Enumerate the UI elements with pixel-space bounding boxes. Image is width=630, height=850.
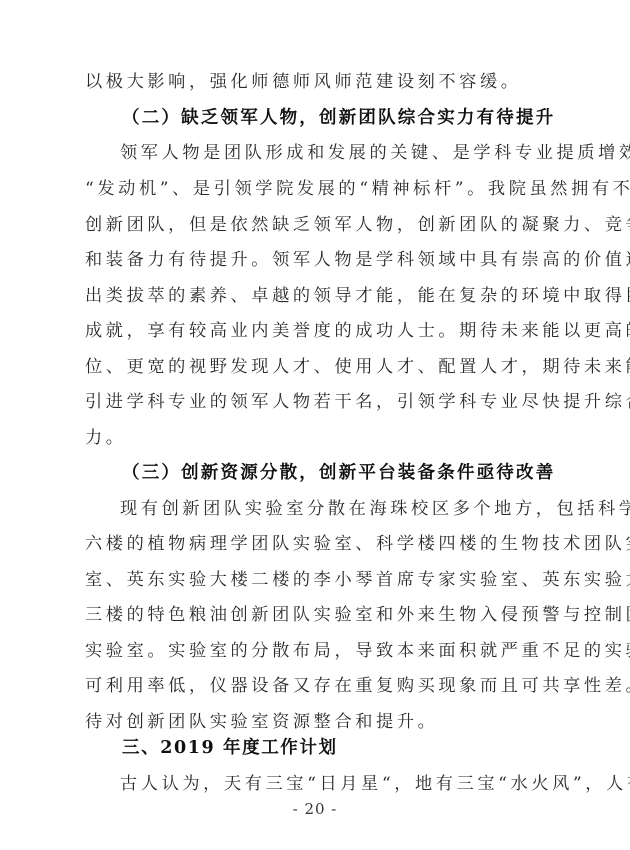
- paragraph-line: 现有创新团队实验室分散在海珠校区多个地方，包括科学楼: [120, 496, 585, 522]
- paragraph-line: 出类拔萃的素养、卓越的领导才能，能在复杂的环境中取得巨大: [85, 283, 585, 309]
- paragraph-line: 六楼的植物病理学团队实验室、科学楼四楼的生物技术团队实验: [85, 531, 585, 557]
- paragraph-line: 室、英东实验大楼二楼的李小琴首席专家实验室、英东实验大楼: [85, 567, 585, 593]
- page-number: - 20 -: [0, 800, 630, 818]
- paragraph-line: 创新团队，但是依然缺乏领军人物，创新团队的凝聚力、竞争力: [85, 212, 585, 238]
- paragraph-line: 和装备力有待提升。领军人物是学科领域中具有崇高的价值追求、: [85, 247, 585, 273]
- paragraph-line: 待对创新团队实验室资源整合和提升。: [85, 709, 585, 735]
- paragraph-line: 实验室。实验室的分散布局，导致本来面积就严重不足的实验室: [85, 638, 585, 664]
- paragraph-line: 引进学科专业的领军人物若干名，引领学科专业尽快提升综合实: [85, 389, 585, 415]
- paragraph-line: 可利用率低，仪器设备又存在重复购买现象而且可共享性差。期: [85, 673, 585, 699]
- paragraph-line: “发动机”、是引领学院发展的“精神标杆”。我院虽然拥有不少: [85, 176, 585, 202]
- document-page: 以极大影响，强化师德师风师范建设刻不容缓。 （二）缺乏领军人物，创新团队综合实力…: [0, 0, 630, 850]
- paragraph-line: 领军人物是团队形成和发展的关键、是学科专业提质增效的: [120, 140, 585, 166]
- section-subheading-3: （三）创新资源分散，创新平台装备条件亟待改善: [122, 460, 622, 486]
- paragraph-line: 成就，享有较高业内美誉度的成功人士。期待未来能以更高的站: [85, 318, 585, 344]
- paragraph-line: 以极大影响，强化师德师风师范建设刻不容缓。: [85, 69, 585, 95]
- paragraph-line: 位、更宽的视野发现人才、使用人才、配置人才，期待未来能够: [85, 354, 585, 380]
- paragraph-line: 三楼的特色粮油创新团队实验室和外来生物入侵预警与控制团队: [85, 602, 585, 628]
- paragraph-line: 力。: [85, 425, 585, 451]
- section-heading-3: 三、2019 年度工作计划: [122, 735, 622, 761]
- paragraph-line: 古人认为，天有三宝“日月星“，地有三宝“水火风”，人有: [120, 771, 585, 797]
- section-subheading-2: （二）缺乏领军人物，创新团队综合实力有待提升: [122, 105, 622, 131]
